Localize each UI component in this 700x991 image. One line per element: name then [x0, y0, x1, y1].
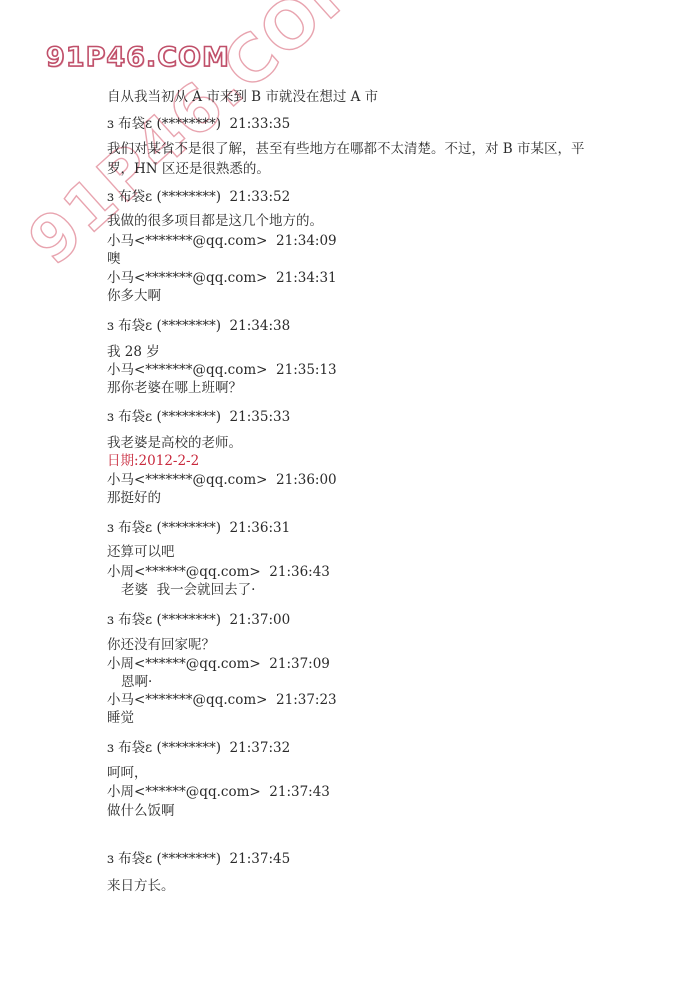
message-header: ɜ 布袋ɛ (********) 21:33:52: [107, 188, 290, 206]
message-text: 我做的很多项目都是这几个地方的。: [107, 212, 323, 230]
message-header: 小周<******@qq.com> 21:37:09: [107, 655, 330, 673]
message-text: 还算可以吧: [107, 543, 175, 561]
message-header: 小马<*******@qq.com> 21:36:00: [107, 471, 337, 489]
message-header: ɜ 布袋ɛ (********) 21:33:35: [107, 115, 290, 133]
message-header: 小马<*******@qq.com> 21:34:09: [107, 232, 337, 250]
message-text: 自从我当初从 A 市来到 B 市就没在想过 A 市: [107, 88, 378, 106]
message-text: 你多大啊: [107, 287, 161, 305]
message-header: 小周<******@qq.com> 21:37:43: [107, 783, 330, 801]
message-header: 小马<*******@qq.com> 21:35:13: [107, 361, 337, 379]
message-text: 那你老婆在哪上班啊？: [107, 379, 242, 397]
message-header: 小马<*******@qq.com> 21:34:31: [107, 269, 337, 287]
message-text: 呵呵，: [107, 764, 148, 782]
message-text: 我 28 岁: [107, 343, 160, 361]
message-header: ɜ 布袋ɛ (********) 21:36:31: [107, 519, 290, 537]
message-text: 做什么饭啊: [107, 802, 175, 820]
message-text: 我们对某省不是很了解，甚至有些地方在哪都不太清楚。不过，对 B 市某区，平罗，H…: [107, 139, 607, 179]
date-line: 日期:2012-2-2: [107, 452, 199, 470]
message-header: 小周<******@qq.com> 21:36:43: [107, 563, 330, 581]
message-header: ɜ 布袋ɛ (********) 21:37:45: [107, 850, 290, 868]
site-logo: 91P46.COM: [46, 42, 230, 73]
message-text: 恩啊·: [121, 673, 152, 691]
message-text: 噢: [107, 250, 121, 268]
message-text: 那挺好的: [107, 489, 161, 507]
message-header: 小马<*******@qq.com> 21:37:23: [107, 691, 337, 709]
message-header: ɜ 布袋ɛ (********) 21:37:00: [107, 611, 290, 629]
message-text: 老婆 我一会就回去了·: [121, 581, 255, 599]
message-header: ɜ 布袋ɛ (********) 21:35:33: [107, 408, 290, 426]
message-text: 我老婆是高校的老师。: [107, 434, 242, 452]
message-text: 来日方长。: [107, 877, 175, 895]
message-header: ɜ 布袋ɛ (********) 21:34:38: [107, 317, 290, 335]
message-header: ɜ 布袋ɛ (********) 21:37:32: [107, 739, 290, 757]
message-text: 睡觉: [107, 709, 134, 727]
message-text: 你还没有回家呢？: [107, 636, 215, 654]
